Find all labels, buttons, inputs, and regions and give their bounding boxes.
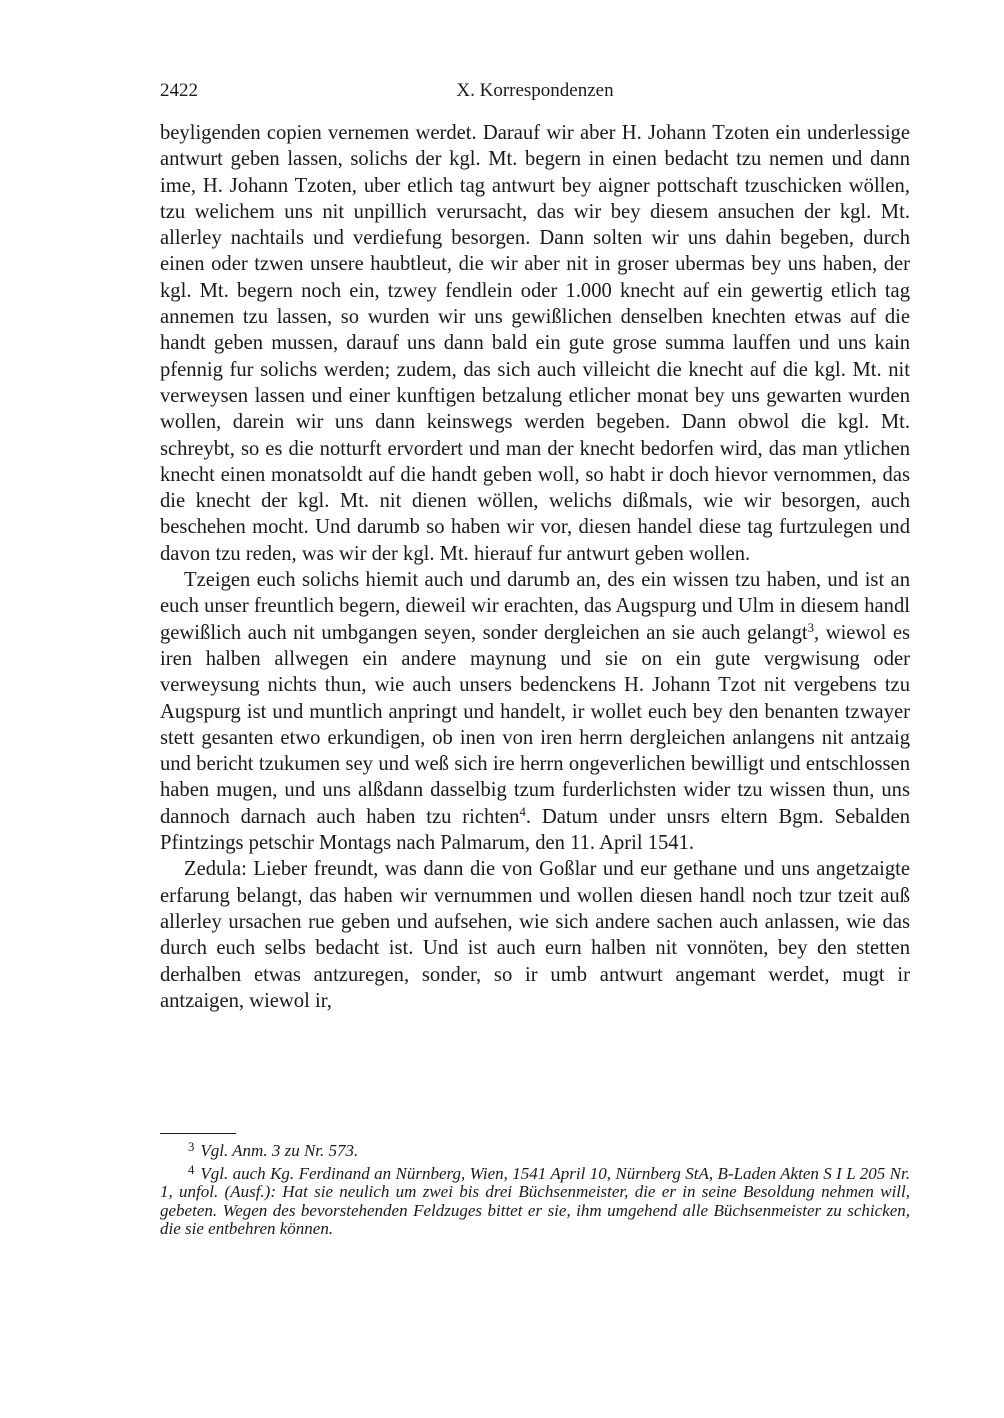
paragraph-1: beyligenden copien vernemen werdet. Dara… <box>160 120 910 567</box>
page-header: 2422 X. Korrespondenzen <box>160 80 910 108</box>
paragraph-text: beyligenden copien vernemen werdet. Dara… <box>160 122 910 565</box>
paragraph-3: Zedula: Lieber freundt, was dann die von… <box>160 856 910 1014</box>
paragraph-2: Tzeigen euch solichs hiemit auch und dar… <box>160 567 910 856</box>
footnote-3: 3Vgl. Anm. 3 zu Nr. 573. <box>160 1138 910 1161</box>
footnotes: 3Vgl. Anm. 3 zu Nr. 573. 4Vgl. auch Kg. … <box>160 1138 910 1239</box>
footnote-divider <box>160 1133 236 1134</box>
running-head: X. Korrespondenzen <box>160 80 910 102</box>
footnote-text: Vgl. auch Kg. Ferdinand an Nürnberg, Wie… <box>160 1164 910 1239</box>
paragraph-text: Tzeigen euch solichs hiemit auch und dar… <box>160 569 910 644</box>
paragraph-text: , wiewol es iren halben allwegen ein and… <box>160 622 910 828</box>
footnote-4: 4Vgl. auch Kg. Ferdinand an Nürnberg, Wi… <box>160 1161 910 1239</box>
footnote-number: 4 <box>188 1163 194 1177</box>
body-text: beyligenden copien vernemen werdet. Dara… <box>160 120 910 1014</box>
footnote-number: 3 <box>188 1140 194 1154</box>
footnote-text: Vgl. Anm. 3 zu Nr. 573. <box>200 1141 358 1160</box>
paragraph-text: Zedula: Lieber freundt, was dann die von… <box>160 858 910 1011</box>
